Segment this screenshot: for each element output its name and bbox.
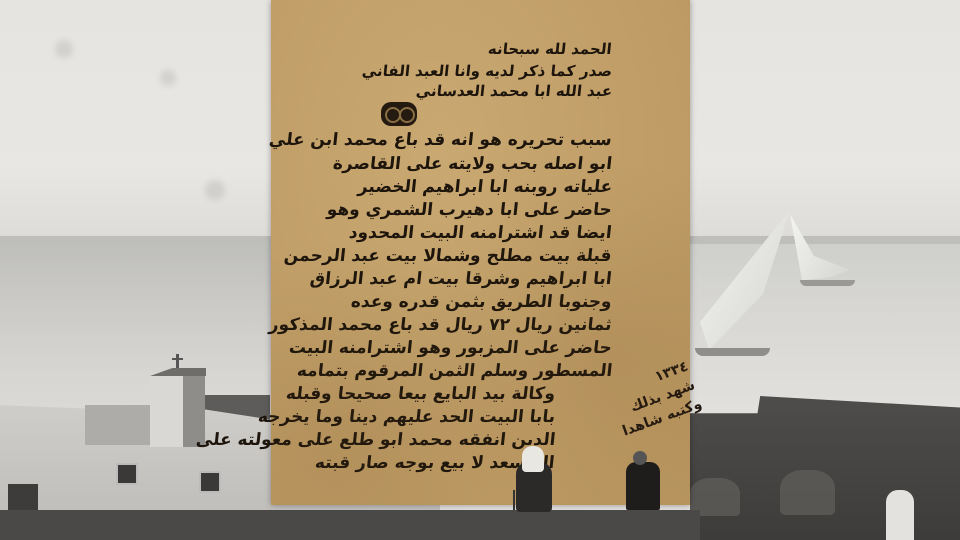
margin-note-line: شهد بذلك: [613, 375, 698, 422]
window: [199, 471, 221, 493]
manuscript-line: وكالة بيد البايع بيعا صحيحا وقبله: [285, 384, 556, 404]
margin-annotation: ١٣٣٤ شهد بذلك وكتبه شاهدا: [606, 357, 705, 442]
dark-wall-building: [690, 396, 960, 540]
manuscript-line: الدين انفقه محمد ابو طلع على معولته على: [194, 430, 556, 450]
manuscript-line: ابو اصله بحب ولايته على القاصرة: [332, 154, 613, 174]
headscarf: [522, 446, 544, 472]
dhow-hull-small: [800, 280, 855, 286]
camel: [780, 470, 835, 515]
manuscript-header-line: صدر كما ذكر لديه وانا العبد الفاني: [361, 62, 613, 80]
manuscript-line: علياته روبنه ابا ابراهيم الخضير: [357, 177, 613, 197]
photo-speck: [205, 180, 225, 200]
parapet-wall: [85, 405, 155, 445]
margin-note-line: ١٣٣٤: [606, 357, 691, 404]
photo-speck: [160, 70, 176, 86]
manuscript-line: المسطور وسلم الثمن المرقوم بتمامه: [296, 361, 613, 381]
manuscript-document: الحمد لله سبحانه صدر كما ذكر لديه وانا ا…: [271, 0, 690, 505]
manuscript-header-line: عبد الله ابا محمد العدساني: [415, 82, 613, 100]
manuscript-line: حاضر على المزبور وهو اشترامنه البيت: [288, 338, 613, 358]
manuscript-line: وجنوبا الطريق بثمن قدره وعده: [350, 292, 613, 312]
manuscript-line: ايضا قد اشترامنه البيت المحدود: [348, 223, 613, 243]
manuscript-line: حاضر على ابا دهيرب الشمري وهو: [326, 200, 613, 220]
photo-speck: [55, 40, 73, 58]
dhow-hull-large: [695, 348, 770, 356]
minaret: [886, 490, 914, 540]
cross-icon: [176, 354, 179, 368]
manuscript-line: قبلة بيت مطلح وشمالا بيت عبد الرحمن: [283, 246, 613, 266]
window: [116, 463, 138, 485]
manuscript-line: بابا البيت الحد عليهم دينا وما يخرجه: [257, 407, 556, 427]
man-dark-coat-figure: [626, 462, 660, 510]
cross-icon-bar: [172, 358, 183, 360]
man-head: [633, 451, 647, 465]
manuscript-line: ثمانين ريال ٧٢ ريال قد باع محمد المذكور: [268, 315, 613, 335]
manuscript-header-line: الحمد لله سبحانه: [487, 40, 613, 58]
manuscript-line: سبب تحريره هو انه قد باع محمد ابن علي: [268, 130, 613, 150]
walking-cane: [513, 490, 515, 510]
foreground-wall: [0, 510, 700, 540]
seal-stamp-icon: [381, 102, 417, 126]
manuscript-line: ابا ابراهيم وشرقا بيت ام عبد الرزاق: [309, 269, 613, 289]
